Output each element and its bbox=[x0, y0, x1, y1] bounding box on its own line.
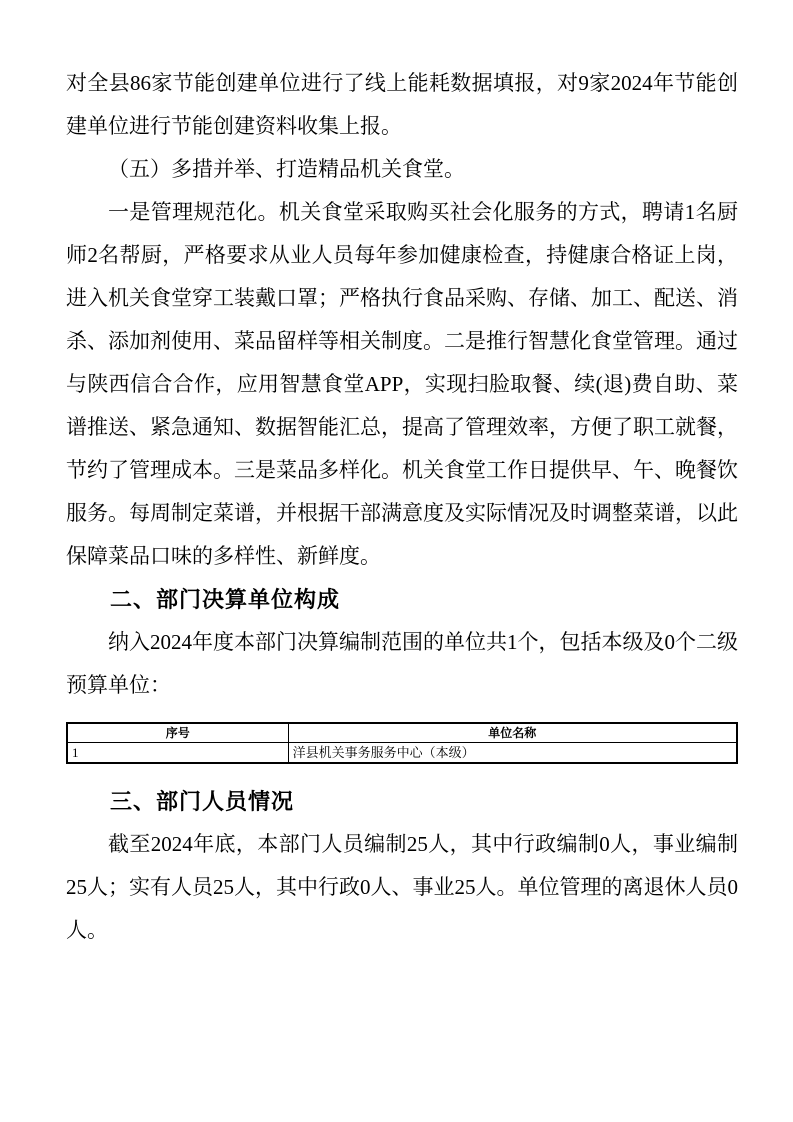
heading-section3-personnel: 三、部门人员情况 bbox=[66, 780, 738, 823]
table-header-index: 序号 bbox=[67, 723, 288, 743]
paragraph-personnel-details: 截至2024年底，本部门人员编制25人，其中行政编制0人，事业编制25人；实有人… bbox=[66, 823, 738, 952]
paragraph-unit-scope: 纳入2024年度本部门决算编制范围的单位共1个，包括本级及0个二级预算单位： bbox=[66, 621, 738, 707]
table-header-row: 序号 单位名称 bbox=[67, 723, 737, 743]
paragraph-item5-canteen-title: （五）多措并举、打造精品机关食堂。 bbox=[66, 148, 738, 191]
table-row: 1 洋县机关事务服务中心（本级） bbox=[67, 743, 737, 764]
heading-section2-unit-composition: 二、部门决算单位构成 bbox=[66, 578, 738, 621]
table-cell-index: 1 bbox=[67, 743, 288, 764]
paragraph-canteen-details: 一是管理规范化。机关食堂采取购买社会化服务的方式，聘请1名厨师2名帮厨，严格要求… bbox=[66, 191, 738, 578]
table-header-unit-name: 单位名称 bbox=[288, 723, 737, 743]
unit-list-table: 序号 单位名称 1 洋县机关事务服务中心（本级） bbox=[66, 722, 738, 764]
paragraph-energy-data-report: 对全县86家节能创建单位进行了线上能耗数据填报，对9家2024年节能创建单位进行… bbox=[66, 62, 738, 148]
table-cell-unit-name: 洋县机关事务服务中心（本级） bbox=[288, 743, 737, 764]
document-page: 对全县86家节能创建单位进行了线上能耗数据填报，对9家2024年节能创建单位进行… bbox=[0, 0, 793, 1122]
